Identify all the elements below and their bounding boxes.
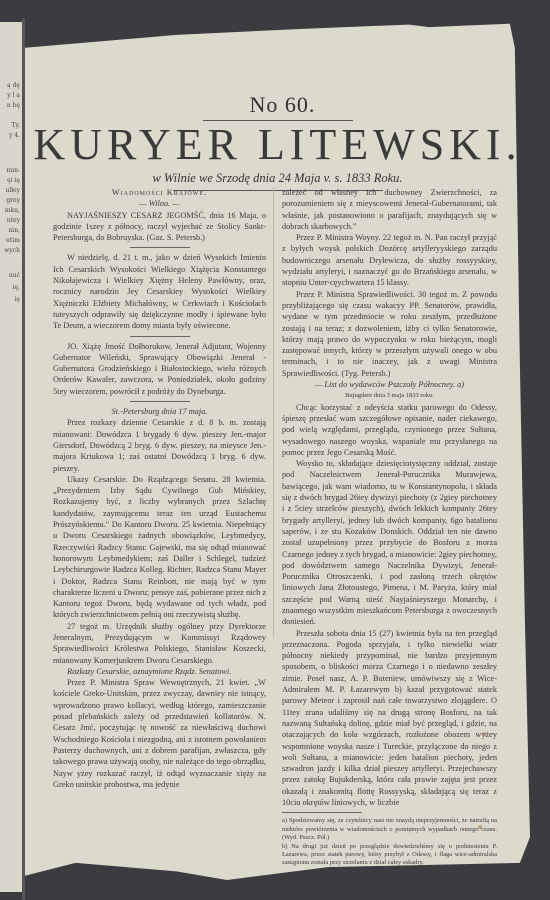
article-paragraph: Przez P. Ministra Spraw Wewnętrznych, 21… bbox=[53, 677, 266, 790]
fragment: y l a bbox=[7, 92, 20, 100]
fragment: nun- bbox=[6, 167, 20, 175]
column-divider bbox=[273, 187, 274, 637]
city-heading: — Wilno. — bbox=[53, 198, 266, 209]
article-divider bbox=[130, 336, 190, 337]
article-paragraph: Przez P. Ministra Sprawiedliwości. 30 te… bbox=[282, 289, 497, 379]
article-paragraph: Przez P. Ministra Woyny. 22 tegoż m. N. … bbox=[282, 232, 497, 288]
article-paragraph: JO. Xiążę Jmość Dołhorukow, Jenerał Adju… bbox=[53, 341, 266, 397]
book-gutter bbox=[22, 18, 25, 900]
subheading: St.-Petersburg dnia 17 maja. bbox=[53, 406, 266, 417]
footnote: b) Na drugi już dzień po przeglądzie dow… bbox=[282, 843, 497, 868]
article-paragraph: zależeć od własney ich duchowney Zwierzc… bbox=[282, 187, 497, 232]
fragment: Ty. bbox=[11, 122, 20, 130]
article-paragraph: 27 tegoż m. Urzędnik służby ogólney przy… bbox=[53, 621, 266, 666]
article-paragraph: W niedzielę, d. 21 t. m., jako w dzień W… bbox=[53, 252, 266, 331]
fragment: wych bbox=[4, 247, 20, 255]
fragment: y 4. bbox=[9, 132, 20, 140]
left-column: Wiadomości Krajowe. — Wilno. — NAYJAŚNIE… bbox=[53, 187, 266, 790]
article-paragraph: Przez rozkazy dzienne Cesarskie z d. 8 b… bbox=[53, 417, 266, 473]
newspaper-page: No 60. KURYER LITEWSKI. w Wilnie we Srzo… bbox=[25, 22, 530, 880]
fragment: grey bbox=[6, 197, 20, 205]
issue-number: No 60. bbox=[35, 92, 530, 118]
fragment: ęi ię bbox=[7, 177, 20, 185]
article-divider bbox=[130, 401, 190, 402]
fragment: mku, bbox=[5, 207, 20, 215]
fragment: n bę bbox=[7, 102, 20, 110]
article-divider bbox=[130, 247, 190, 248]
fragment: ą dę bbox=[7, 82, 20, 90]
fragment: ulley bbox=[5, 187, 20, 195]
fragment: utim bbox=[6, 237, 20, 245]
article-paragraph: NAYJAŚNIESZY CESARZ JEGOMŚĆ, dnia 16 Maj… bbox=[53, 210, 266, 244]
fragment: nin, bbox=[8, 227, 20, 235]
dateline: w Wilnie we Srzodę dnia 24 Maja v. s. 18… bbox=[25, 171, 530, 186]
fragment: ię, bbox=[13, 284, 20, 292]
article-paragraph: Chcąc korzystać z odeyścia statku parowe… bbox=[282, 402, 497, 458]
article-paragraph: Rozkazy Cesarskie, oznaymione Rządz. Sen… bbox=[53, 666, 266, 677]
footnote: a) Spodziewamy się, że czytelnicy nasi n… bbox=[282, 817, 497, 842]
right-column: zależeć od własney ich duchowney Zwierzc… bbox=[282, 187, 497, 868]
footnote-rule bbox=[282, 812, 362, 813]
article-paragraph: Woysko to, składające dziesięciotysięczn… bbox=[282, 458, 497, 627]
adjacent-page-edge: ą dę y l a n bę Ty. y 4. nun- ęi ię ulle… bbox=[0, 22, 23, 892]
paper-stain bbox=[482, 732, 486, 736]
letter-heading: — List do wydawców Pszczoły Północney. a… bbox=[282, 379, 497, 390]
newspaper-title: KURYER LITEWSKI. bbox=[25, 123, 530, 167]
paper-stain bbox=[478, 825, 482, 829]
article-paragraph: Przeszła sobota dnia 15 (27) kwietnia by… bbox=[282, 628, 497, 809]
article-paragraph: Ukazy Cesarskie. Do Rządzącego Senatu. 2… bbox=[53, 474, 266, 621]
fragment: ntey bbox=[7, 217, 20, 225]
letter-dateline: Bujugdere dnia 3 maja 1833 roku. bbox=[282, 390, 497, 401]
masthead: No 60. KURYER LITEWSKI. w Wilnie we Srzo… bbox=[25, 92, 530, 193]
fragment: nuć bbox=[9, 272, 20, 280]
fragment: ię bbox=[15, 296, 20, 304]
section-heading: Wiadomości Krajowe. bbox=[53, 187, 266, 198]
footnotes: a) Spodziewamy się, że czytelnicy nasi n… bbox=[282, 817, 497, 867]
